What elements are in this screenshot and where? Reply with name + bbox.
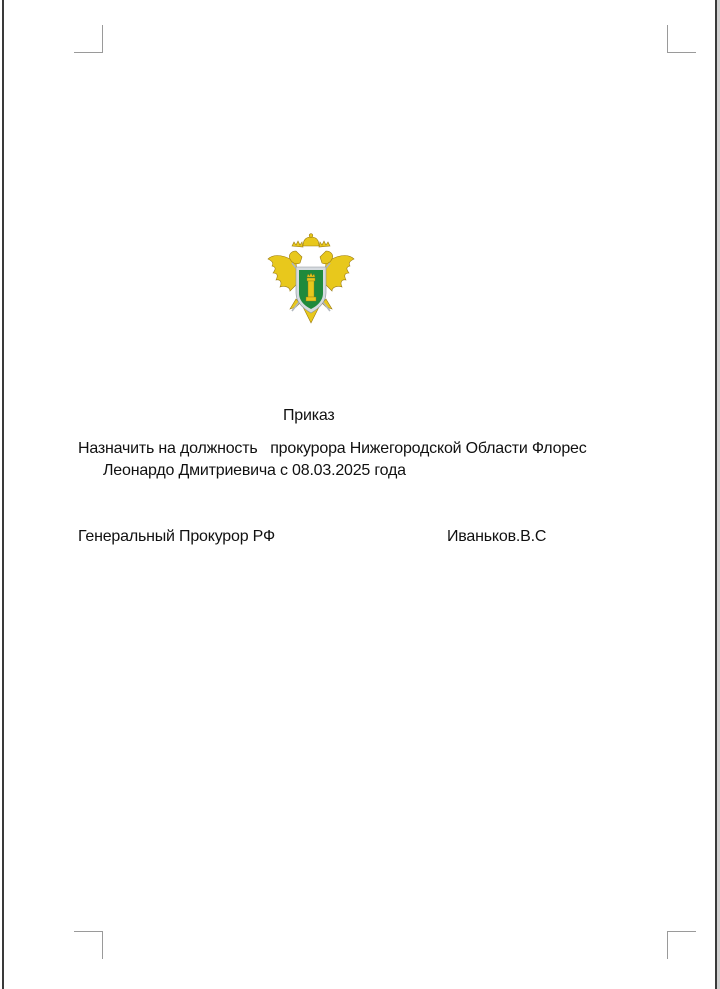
- margin-corner-top-left: [74, 25, 103, 53]
- margin-corner-bottom-right: [667, 931, 696, 959]
- document-title: Приказ: [283, 406, 335, 426]
- page-left-edge: [2, 0, 4, 989]
- margin-corner-bottom-left: [74, 931, 103, 959]
- prosecutor-emblem-icon: [266, 233, 356, 327]
- order-text-line-1: Назначить на должность прокурора Нижегор…: [78, 439, 587, 459]
- order-text-line-2: Леонардо Дмитриевича с 08.03.2025 года: [103, 461, 406, 481]
- signatory-position: Генеральный Прокурор РФ: [78, 527, 275, 547]
- margin-corner-top-right: [667, 25, 696, 53]
- signatory-name: Иваньков.В.С: [447, 527, 546, 547]
